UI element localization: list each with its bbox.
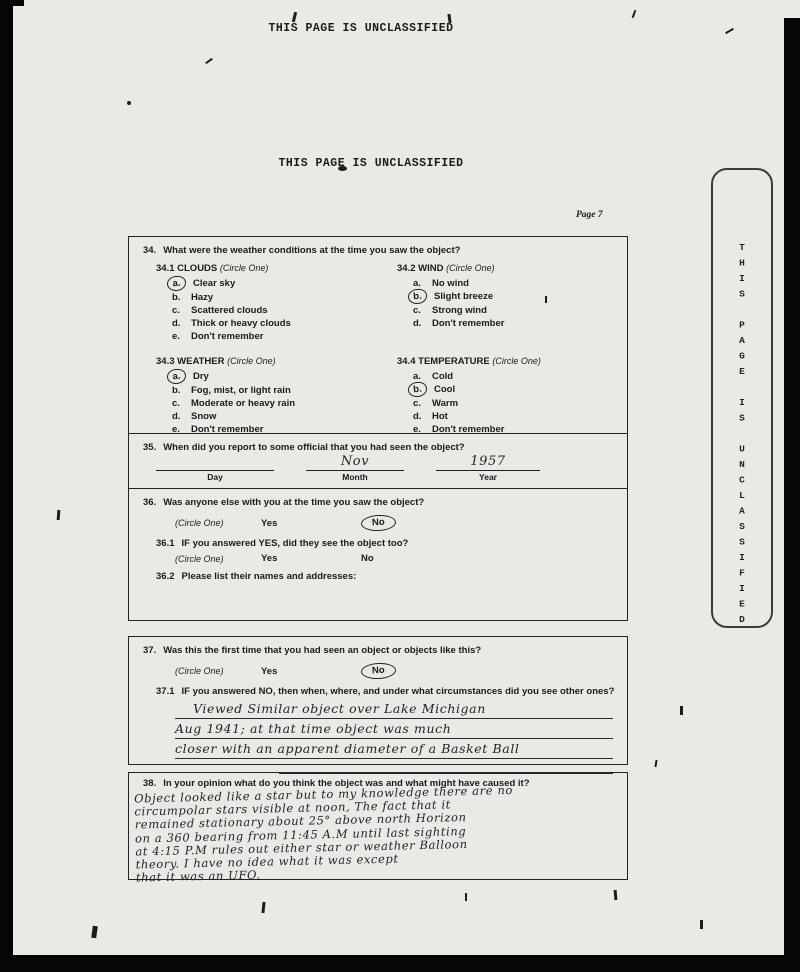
clouds-option-b: b.Hazy [172,291,379,304]
month-label: Month [306,472,404,482]
scanned-document-page: THIS PAGE IS UNCLASSIFIED THIS PAGE IS U… [0,0,800,972]
day-value [156,455,274,471]
question-37-1-number: 37.1 [156,686,175,697]
weather-option-a: a.Dry [172,370,379,384]
q37-answer-row: (Circle One) Yes No [175,663,627,679]
wind-option-c: c.Strong wind [413,304,627,317]
scan-edge-bottom [0,955,800,972]
q36-1-answer-row: (Circle One) Yes No [175,553,627,564]
question-34-text: 34. What were the weather conditions at … [129,237,627,256]
circle-one-label: (Circle One) [175,554,261,564]
question-36-text: 36. Was anyone else with you at the time… [129,489,627,508]
unclassified-header-middle: THIS PAGE IS UNCLASSIFIED [0,157,742,170]
handwritten-line: Aug 1941; at that time object was much [175,719,613,739]
day-field: Day [156,455,274,482]
circle-one-label: (Circle One) [446,263,495,273]
day-label: Day [156,472,274,482]
circled-answer-mark: a. [166,275,186,292]
q34-temperature-number: 34.4 [397,356,416,367]
q34-temperature-title: TEMPERATURE [418,356,490,367]
q34-row-2: 34.3 WEATHER (Circle One) a.Dry b.Fog, m… [129,356,627,436]
handwritten-line: Viewed Similar object over Lake Michigan [175,699,613,719]
wind-option-a: a.No wind [413,277,627,290]
circle-one-label: (Circle One) [175,518,261,528]
circle-one-label: (Circle One) [220,263,269,273]
handwritten-line: closer with an apparent diameter of a Ba… [175,739,613,759]
question-36-2: 36.2 Please list their names and address… [156,571,627,582]
question-38-number: 38. [143,778,156,789]
temperature-option-c: c.Warm [413,397,627,410]
q34-weather: 34.3 WEATHER (Circle One) a.Dry b.Fog, m… [129,356,379,436]
q34-clouds: 34.1 CLOUDS (Circle One) a.Clear sky b.H… [129,263,379,343]
month-field: Nov Month [306,455,404,482]
q34-clouds-number: 34.1 [156,263,175,274]
q36-yes-option: Yes [261,518,337,529]
scan-edge-left [0,0,13,972]
question-36: 36. Was anyone else with you at the time… [129,488,627,620]
q34-wind-number: 34.2 [397,263,416,274]
q36-answer-row: (Circle One) Yes No [175,515,627,531]
side-tab-vertical-text: THIS PAGE IS UNCLASSIFIED [737,242,748,630]
wind-option-b: b.Slight breeze [413,290,627,304]
form-box-34-36: 34. What were the weather conditions at … [128,236,628,621]
q36-1-yes-option: Yes [261,553,337,564]
question-37-1: 37.1 IF you answered NO, then when, wher… [156,686,627,697]
q34-clouds-title: CLOUDS [177,263,217,274]
question-37-box: 37. Was this the first time that you had… [128,636,628,765]
year-field: 1957 Year [436,455,540,482]
q37-yes-option: Yes [261,666,337,677]
clouds-option-a: a.Clear sky [172,277,379,291]
temperature-option-b: b.Cool [413,383,627,397]
weather-option-b: b.Fog, mist, or light rain [172,384,379,397]
question-38-box: 38. In your opinion what do you think th… [128,772,628,880]
clouds-option-d: d.Thick or heavy clouds [172,317,379,330]
circle-one-label: (Circle One) [492,356,541,366]
clouds-option-c: c.Scattered clouds [172,304,379,317]
question-35-number: 35. [143,442,156,453]
q37-1-handwritten-answer: Viewed Similar object over Lake Michigan… [129,699,627,774]
question-36-number: 36. [143,497,156,508]
year-label: Year [436,472,540,482]
clouds-option-e: e.Don't remember [172,330,379,343]
q34-row-1: 34.1 CLOUDS (Circle One) a.Clear sky b.H… [129,263,627,343]
q35-date-fields: Day Nov Month 1957 Year [156,455,627,482]
question-36-1: 36.1 IF you answered YES, did they see t… [156,538,627,549]
circled-answer-mark: a. [166,368,186,385]
q34-wind: 34.2 WIND (Circle One) a.No wind b.Sligh… [379,263,627,343]
year-value: 1957 [436,455,540,471]
weather-option-c: c.Moderate or heavy rain [172,397,379,410]
q36-1-no-option: No [361,553,374,564]
page-number: Page 7 [576,210,603,220]
q37-no-option-circled: No [361,662,396,680]
circle-one-label: (Circle One) [175,666,261,676]
circle-one-label: (Circle One) [227,356,276,366]
temperature-option-a: a.Cold [413,370,627,383]
question-36-2-number: 36.2 [156,571,175,582]
q34-weather-title: WEATHER [177,356,224,367]
q34-temperature: 34.4 TEMPERATURE (Circle One) a.Cold b.C… [379,356,627,436]
question-34-number: 34. [143,245,156,256]
question-35-text: 35. When did you report to some official… [129,434,627,453]
side-classification-tab: THIS PAGE IS UNCLASSIFIED [711,168,773,628]
q36-no-option-circled: No [361,514,396,532]
month-value: Nov [306,455,404,471]
circled-answer-mark: b. [407,381,427,398]
wind-option-d: d.Don't remember [413,317,627,330]
question-34: 34. What were the weather conditions at … [129,237,627,433]
unclassified-header-top: THIS PAGE IS UNCLASSIFIED [0,22,722,35]
q34-weather-number: 34.3 [156,356,175,367]
temperature-option-d: d.Hot [413,410,627,423]
circled-answer-mark: b. [407,288,427,305]
question-36-1-number: 36.1 [156,538,175,549]
weather-option-d: d.Snow [172,410,379,423]
scan-edge-top-left [0,0,24,6]
question-37-text: 37. Was this the first time that you had… [129,637,627,656]
q34-wind-title: WIND [418,263,443,274]
q38-handwritten-answer: Object looked like a star but to my know… [134,781,624,884]
scan-edge-right [784,18,800,972]
question-35: 35. When did you report to some official… [129,433,627,488]
question-37-number: 37. [143,645,156,656]
